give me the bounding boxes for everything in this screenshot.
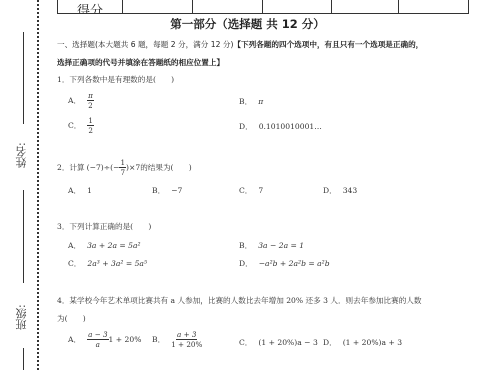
question-2-option-c: C．7 — [239, 185, 263, 196]
instruction-bold-2: 选择正确项的代号并填涂在答题纸的相应位置上】 — [57, 58, 224, 67]
option-label: D． — [239, 258, 253, 269]
option-text: 0.1010010001… — [259, 122, 322, 131]
name-label: 姓名: — [14, 128, 34, 168]
score-table: 得分 — [57, 0, 469, 14]
option-label: D． — [239, 121, 253, 132]
question-1-stem: 1．下列各数中是有理数的是( ) — [57, 74, 174, 85]
score-header-cell: 得分 — [58, 0, 123, 13]
question-4-option-a: A． a − 3a 1 + 20% — [68, 331, 141, 348]
question-2-stem: 2．计算 (−7)÷(− 17 )×7 的结果为( ) — [57, 159, 192, 176]
option-text: 3a + 2a = 5a² — [87, 241, 141, 250]
option-label: B． — [239, 96, 252, 107]
option-label: C． — [239, 337, 252, 348]
option-label: D． — [323, 337, 337, 348]
stem-prefix: 2．计算 — [57, 162, 85, 173]
binding-dotted-line — [37, 0, 39, 370]
option-label: A． — [68, 240, 81, 251]
option-text: (1 + 20%)a − 3 — [258, 338, 317, 347]
class-blank-line — [23, 190, 24, 283]
section-title: 第一部分（选择题 共 12 分） — [0, 16, 495, 32]
question-1-option-a: A． π2 — [68, 92, 94, 109]
question-3-option-c: C．2a³ + 3a² = 5a⁵ — [68, 258, 147, 269]
option-text: 1 — [87, 186, 92, 195]
option-text: 2a³ + 3a² = 5a⁵ — [87, 259, 147, 268]
blank-line — [23, 348, 24, 370]
option-label: C． — [239, 185, 252, 196]
fraction-denominator: 1 + 20% — [171, 340, 202, 348]
option-label: D． — [323, 185, 337, 196]
option-label: A． — [68, 334, 81, 345]
question-4-stem-line2: 为( ) — [57, 313, 86, 324]
option-label: C． — [68, 258, 81, 269]
stem-suffix: 的结果为( ) — [140, 162, 192, 173]
question-3-option-a: A．3a + 2a = 5a² — [68, 240, 141, 251]
question-4-stem-line1: 4．某学校今年艺术单项比赛共有 a 人参加，比赛的人数比去年增加 20% 还多 … — [57, 295, 421, 306]
stem-expression: )×7 — [126, 163, 140, 172]
option-label: B． — [239, 240, 252, 251]
stem-expression: (−7)÷(− — [87, 163, 120, 172]
option-label: C． — [68, 120, 81, 131]
question-3-option-d: D．−a²b + 2a²b = a²b — [239, 258, 330, 269]
class-label: 班级: — [14, 290, 34, 330]
option-label: A． — [68, 95, 81, 106]
score-cell — [193, 0, 263, 13]
fraction-numerator: 1 — [87, 117, 94, 126]
score-cell — [399, 0, 468, 13]
score-header-label: 得分 — [77, 0, 103, 13]
fraction: 12 — [87, 117, 94, 134]
question-3-option-b: B．3a − 2a = 1 — [239, 240, 304, 251]
option-text: (1 + 20%)a + 3 — [343, 338, 402, 347]
score-cell — [263, 0, 332, 13]
fraction-numerator: 1 — [119, 159, 126, 168]
instruction-bold: 【下列各题的四个选项中，有且只有一个选项是正确的， — [233, 40, 423, 49]
fraction: a + 31 + 20% — [171, 331, 202, 348]
option-text: −a²b + 2a²b = a²b — [259, 259, 330, 268]
question-1-option-d: D． 0.1010010001… — [239, 121, 322, 132]
name-blank-line — [23, 32, 24, 124]
question-3-stem: 3．下列计算正确的是( ) — [57, 221, 151, 232]
fraction-numerator: a − 3 — [87, 331, 108, 340]
fraction: a − 3a — [87, 331, 108, 348]
fraction-numerator: a + 3 — [176, 331, 197, 340]
fraction-numerator: π — [88, 91, 93, 100]
score-cell — [123, 0, 193, 13]
instruction-prefix: 一、选择题(本大题共 6 题，每题 2 分，满分 12 分) — [57, 40, 233, 49]
option-tail: 1 + 20% — [109, 335, 142, 344]
option-text: π — [258, 97, 263, 106]
fraction: π2 — [87, 92, 94, 109]
section-instruction-line2: 选择正确项的代号并填涂在答题纸的相应位置上】 — [57, 57, 224, 68]
question-1-option-b: B． π — [239, 96, 263, 107]
question-2-option-b: B．−7 — [152, 185, 182, 196]
question-2-option-d: D．343 — [323, 185, 357, 196]
question-4-option-c: C．(1 + 20%)a − 3 — [239, 337, 318, 348]
question-1-option-c: C． 12 — [68, 117, 94, 134]
question-2-option-a: A．1 — [68, 185, 92, 196]
question-4-option-d: D．(1 + 20%)a + 3 — [323, 337, 402, 348]
question-4-option-b: B． a + 31 + 20% — [152, 331, 202, 348]
section-instruction-line1: 一、选择题(本大题共 6 题，每题 2 分，满分 12 分)【下列各题的四个选项… — [57, 39, 423, 50]
fraction-denominator: 7 — [120, 168, 125, 176]
option-text: 343 — [343, 186, 358, 195]
option-label: B． — [152, 334, 165, 345]
option-label: B． — [152, 185, 165, 196]
option-text: −7 — [171, 186, 182, 195]
option-label: A． — [68, 185, 81, 196]
fraction: 17 — [119, 159, 126, 176]
fraction-denominator: 2 — [88, 101, 93, 109]
fraction-denominator: 2 — [88, 126, 93, 134]
option-text: 7 — [258, 186, 263, 195]
fraction-denominator: a — [96, 340, 100, 348]
score-cell — [332, 0, 399, 13]
option-text: 3a − 2a = 1 — [258, 241, 304, 250]
